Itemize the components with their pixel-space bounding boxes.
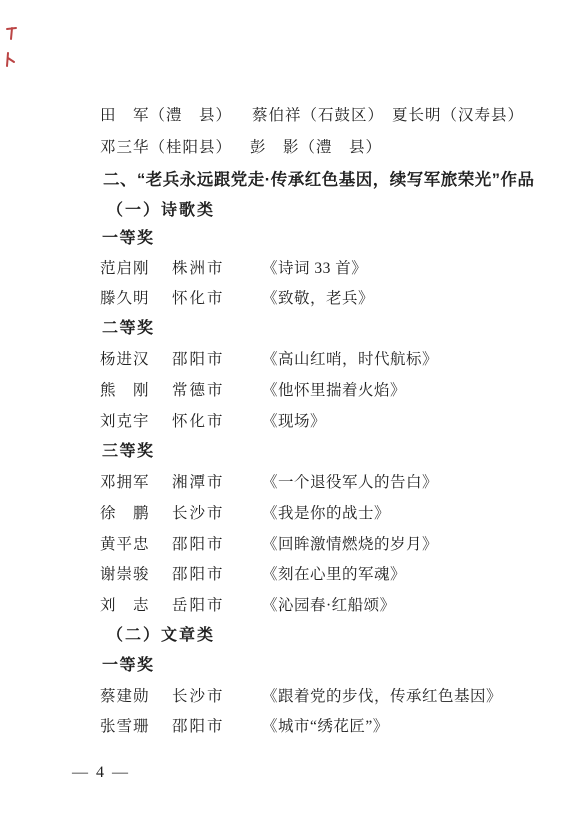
winner-name: 徐 鹏 <box>100 504 150 524</box>
winner-row: 杨进汉 邵阳市 《高山红哨，时代航标》 <box>0 350 582 372</box>
winner-city: 邵阳市 <box>172 565 225 585</box>
work-title: 《高山红哨，时代航标》 <box>262 350 438 370</box>
winner-name: 邓拥军 <box>100 473 150 493</box>
work-title: 《回眸激情燃烧的岁月》 <box>262 535 438 555</box>
work-title: 《诗词 33 首》 <box>262 259 367 279</box>
winner-city: 怀化市 <box>172 412 225 432</box>
category-label-poetry: （一）诗歌类 <box>107 201 582 223</box>
winner-city: 岳阳市 <box>172 596 225 616</box>
winner-name: 熊 刚 <box>100 381 150 401</box>
winner-name: 张雪珊 <box>100 717 150 737</box>
page-number: — 4 — <box>72 763 582 785</box>
prize-label-first-article: 一等奖 <box>102 656 582 678</box>
category-label-article: （二）文章类 <box>107 626 582 648</box>
prize-label-first: 一等奖 <box>102 229 582 251</box>
winner-city: 长沙市 <box>172 504 225 524</box>
winner-city: 邵阳市 <box>172 535 225 555</box>
work-title: 《跟着党的步伐，传承红色基因》 <box>262 687 502 707</box>
winner-name: 谢崇骏 <box>100 565 150 585</box>
winner-row: 滕久明 怀化市 《致敬，老兵》 <box>0 289 582 311</box>
winner-row: 黄平忠 邵阳市 《回眸激情燃烧的岁月》 <box>0 535 582 557</box>
winner-city: 长沙市 <box>172 687 225 707</box>
winner-name: 刘 志 <box>100 596 150 616</box>
winner-name: 黄平忠 <box>100 535 150 555</box>
prize-label-second: 二等奖 <box>102 319 582 341</box>
winner-city: 湘潭市 <box>172 473 225 493</box>
winner-row: 刘克宇 怀化市 《现场》 <box>0 412 582 434</box>
winner-row: 邓拥军 湘潭市 《一个退役军人的告白》 <box>0 473 582 495</box>
winner-name: 滕久明 <box>100 289 150 309</box>
winner-row: 熊 刚 常德市 《他怀里揣着火焰》 <box>0 381 582 403</box>
winner-row: 徐 鹏 长沙市 《我是你的战士》 <box>0 504 582 526</box>
winner-with-county: 邓三华（桂阳县） <box>100 138 232 158</box>
winner-city: 株洲市 <box>172 259 225 279</box>
winner-with-county: 彭 影（澧 县） <box>250 138 382 158</box>
winner-row: 范启刚 株洲市 《诗词 33 首》 <box>0 259 582 281</box>
red-pen-mark-icon <box>5 26 19 42</box>
work-title: 《我是你的战士》 <box>262 504 390 524</box>
winner-with-county: 蔡伯祥（石鼓区） <box>252 106 384 126</box>
winners-continuation-row: 邓三华（桂阳县） 彭 影（澧 县） <box>0 138 582 160</box>
winner-city: 常德市 <box>172 381 225 401</box>
section-heading: 二、“老兵永远跟党走·传承红色基因，续写军旅荣光”作品 <box>103 170 573 192</box>
work-title: 《现场》 <box>262 412 326 432</box>
prize-label-third: 三等奖 <box>102 442 582 464</box>
work-title: 《刻在心里的军魂》 <box>262 565 406 585</box>
winner-row: 蔡建勋 长沙市 《跟着党的步伐，传承红色基因》 <box>0 687 582 709</box>
work-title: 《城市“绣花匠”》 <box>262 717 389 737</box>
document-page: 田 军（澧 县） 蔡伯祥（石鼓区） 夏长明（汉寿县） 邓三华（桂阳县） 彭 影（… <box>0 0 582 823</box>
red-pen-mark-icon <box>4 52 16 68</box>
work-title: 《他怀里揣着火焰》 <box>262 381 406 401</box>
winner-with-county: 田 军（澧 县） <box>100 106 232 126</box>
winner-name: 刘克宇 <box>100 412 150 432</box>
winner-city: 怀化市 <box>172 289 225 309</box>
work-title: 《沁园春·红船颂》 <box>262 596 396 616</box>
winners-continuation-row: 田 军（澧 县） 蔡伯祥（石鼓区） 夏长明（汉寿县） <box>0 106 582 128</box>
winner-row: 张雪珊 邵阳市 《城市“绣花匠”》 <box>0 717 582 739</box>
winner-with-county: 夏长明（汉寿县） <box>392 106 524 126</box>
winner-row: 刘 志 岳阳市 《沁园春·红船颂》 <box>0 596 582 618</box>
winner-city: 邵阳市 <box>172 717 225 737</box>
winner-row: 谢崇骏 邵阳市 《刻在心里的军魂》 <box>0 565 582 587</box>
work-title: 《致敬，老兵》 <box>262 289 374 309</box>
winner-name: 范启刚 <box>100 259 150 279</box>
winner-name: 杨进汉 <box>100 350 150 370</box>
winner-city: 邵阳市 <box>172 350 225 370</box>
work-title: 《一个退役军人的告白》 <box>262 473 438 493</box>
winner-name: 蔡建勋 <box>100 687 150 707</box>
